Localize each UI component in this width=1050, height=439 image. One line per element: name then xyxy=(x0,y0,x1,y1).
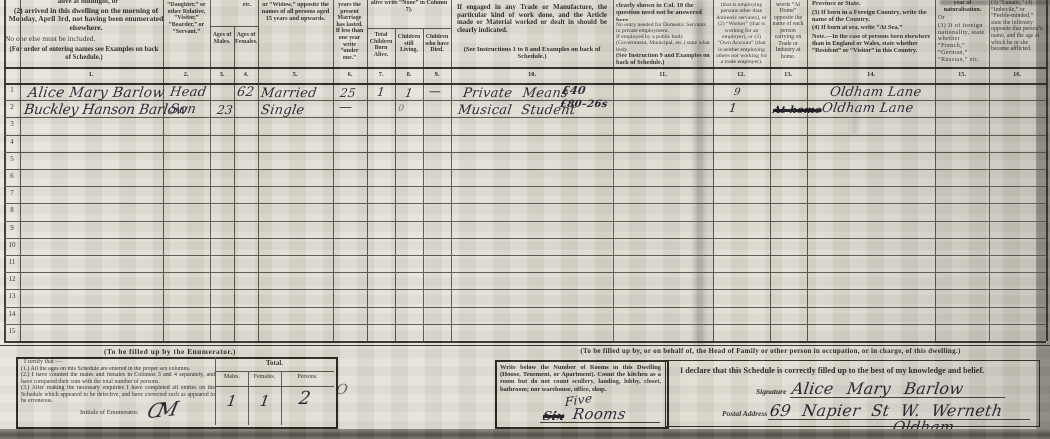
column-number: 1. xyxy=(79,71,103,80)
header-col9-children-died: Children who have Died. xyxy=(424,34,450,64)
row-number: 8 xyxy=(4,207,20,217)
header-col15-nationality-b: Or xyxy=(938,15,952,23)
entry-relation: Son xyxy=(169,102,197,117)
totals-males-label: Males. xyxy=(216,374,248,382)
column-number: 15. xyxy=(950,71,974,80)
column-number: 12. xyxy=(729,71,753,80)
row-number: 2 xyxy=(4,104,20,114)
enumerator-item-2: (2.) I have counted the males and female… xyxy=(21,372,215,386)
row-number: 9 xyxy=(4,225,20,235)
grid-line xyxy=(4,152,1046,153)
header-col6-marriage-years: years the present Marriage has lasted. I… xyxy=(334,2,365,64)
entry-age-female: 62 xyxy=(236,85,255,100)
entry-at-home-struck: At home xyxy=(772,105,822,116)
declaration-statement: I declare that this Schedule is correctl… xyxy=(680,366,1035,377)
column-number: 7. xyxy=(369,71,393,80)
header-instructions-no-one-else: No one else must be included. xyxy=(5,35,145,44)
header-fragment-etc: etc. xyxy=(238,2,256,10)
entry-years-married: 25 xyxy=(339,86,357,100)
header-col2-relationship: “Daughter,” or other Relative, “Visitor,… xyxy=(164,2,209,44)
postal-address-value-2: Oldham xyxy=(892,418,956,436)
stray-mark: O xyxy=(335,382,349,398)
grid-line xyxy=(395,28,396,341)
column-number: 16. xyxy=(1005,71,1029,80)
entry-marital: Married xyxy=(260,86,318,101)
column-number: 9. xyxy=(425,71,449,80)
entry-name: Alice Mary Barlow xyxy=(27,85,166,101)
header-instructions-order-of-names: (For order of entering names see Example… xyxy=(8,46,160,61)
signature-value: Alice Mary Barlow xyxy=(791,379,965,398)
grid-line xyxy=(4,238,1046,239)
entry-children-born: 1 xyxy=(376,85,386,99)
header-col11-industry-b: No entry needed for Domestic Servants in… xyxy=(616,22,710,34)
entry-children-living: 1 xyxy=(404,86,414,100)
row-number: 10 xyxy=(4,242,20,252)
enumerator-section-title: (To be filled up by the Enumerator.) xyxy=(40,348,300,357)
postal-address-value: 69 Napier St W. Werneth xyxy=(769,401,1004,420)
entry-children-mark: 0 xyxy=(397,104,404,114)
grid-line xyxy=(4,169,1046,170)
entry-occupation: Private Means xyxy=(462,86,569,101)
header-col11-industry-a: clearly shown in Col. 10 the question ne… xyxy=(616,2,710,21)
row-number: 14 xyxy=(4,311,20,321)
header-col12-employment-status: (that is employing persons other than do… xyxy=(715,2,768,66)
totals-persons-label: Persons. xyxy=(281,374,334,382)
grid-line xyxy=(1046,0,1048,341)
header-col14-birthplace-note: Note.—In the case of persons born elsewh… xyxy=(812,34,932,64)
grid-line xyxy=(4,203,1046,204)
header-col4-ages-females: Ages of Females. xyxy=(235,32,257,66)
grid-line xyxy=(4,272,1046,273)
row-number: 11 xyxy=(4,259,20,269)
column-number: 3. xyxy=(210,71,234,80)
header-col14-birthplace-c: (4) If born at sea, write “At Sea.” xyxy=(812,24,932,32)
grid-line xyxy=(4,307,1046,308)
totals-divider xyxy=(215,371,334,372)
grid-line xyxy=(4,221,1046,222)
grid-line xyxy=(423,28,424,341)
entry-occupation: Musical Student xyxy=(457,103,577,118)
entry-occupation-code: £40 xyxy=(561,84,587,97)
grid-line xyxy=(210,26,258,27)
enumerator-certify-intro: I certify that :— xyxy=(24,359,144,366)
row-number: 6 xyxy=(4,173,20,183)
entry-children-died: — xyxy=(428,84,442,98)
rooms-value-suffix: Rooms xyxy=(572,405,627,423)
column-number: 2. xyxy=(174,71,198,80)
grid-line xyxy=(4,341,1046,343)
row-number: 3 xyxy=(4,121,20,131)
entry-age-male: 23 xyxy=(216,103,234,117)
entry-birthplace: Oldham Lane xyxy=(829,85,923,100)
header-col15-nationality-c: (3) If of foreign nationality, state whe… xyxy=(938,23,987,65)
rooms-value-struck: Six xyxy=(542,409,565,423)
grid-line xyxy=(4,289,1046,290)
divider-line xyxy=(0,345,1050,346)
header-col11-industry-d: (See Instruction 9 and Examples on back … xyxy=(616,53,710,66)
enumerator-item-3: (3.) After making the necessary enquirie… xyxy=(21,385,215,405)
column-number: 11. xyxy=(651,71,675,80)
declaration-section-title: (To be filled up by, or on behalf of, th… xyxy=(498,348,1043,357)
totals-females-label: Females. xyxy=(248,374,281,382)
header-col5-marital: or “Widow,” opposite the names of all pe… xyxy=(260,2,331,48)
row-number: 7 xyxy=(4,190,20,200)
totals-divider xyxy=(215,386,334,387)
entry-employment-mark: 1 xyxy=(728,101,738,115)
header-col8-children-living: Children still Living. xyxy=(396,34,422,64)
entry-occupation-code: £80–26s xyxy=(559,99,608,110)
header-col10-note: (See Instructions 1 to 8 and Examples on… xyxy=(461,46,603,60)
header-col14-birthplace-a: Province or State. xyxy=(812,0,892,8)
column-number: 10. xyxy=(520,71,544,80)
grid-line xyxy=(4,135,1046,136)
column-number: 8. xyxy=(397,71,421,80)
header-instructions-arrived: (2) arrived in this dwelling on the morn… xyxy=(8,7,164,34)
header-col7-children-born: Total Children Born Alive. xyxy=(368,32,394,66)
row-number: 4 xyxy=(4,139,20,149)
grid-line xyxy=(4,324,1046,325)
column-number: 4. xyxy=(234,71,258,80)
header-col11-industry-c: If employed by a public body (Government… xyxy=(616,34,710,52)
header-fragment-top-left: alive at midnight, or xyxy=(18,0,158,5)
grid-line xyxy=(4,255,1046,256)
grid-line xyxy=(4,186,1046,187)
header-col16-infirmity: (3) “Lunatic,” (4) “Imbecile,” or “Feebl… xyxy=(991,0,1044,66)
header-col15-nationality-a: year of naturalisation. xyxy=(938,0,987,14)
row-number: 15 xyxy=(4,328,20,338)
header-col10-occupation: If engaged in any Trade or Manufacture, … xyxy=(457,4,607,42)
rooms-underline xyxy=(540,422,660,423)
grid-line xyxy=(4,67,1046,69)
signature-underline xyxy=(790,397,1005,398)
header-col3-ages-males: Ages of Males. xyxy=(211,32,233,66)
header-col789-fragment: alive write “None” in Column 7). xyxy=(368,0,450,14)
entry-years-married: — xyxy=(338,100,353,115)
row-number: 5 xyxy=(4,156,20,166)
header-col14-birthplace-b: (3) If born in a Foreign Country, write … xyxy=(812,9,932,23)
row-number: 1 xyxy=(4,87,20,97)
entry-relation: Head xyxy=(169,85,207,100)
row-number: 13 xyxy=(4,293,20,303)
entry-employment-mark: 9 xyxy=(733,87,741,98)
row-number: 12 xyxy=(4,276,20,286)
column-number: 5. xyxy=(283,71,307,80)
column-number: 13. xyxy=(776,71,800,80)
entry-name: Buckley Hanson Barlow xyxy=(23,102,189,118)
totals-header: Total. xyxy=(215,360,334,369)
column-number: 6. xyxy=(338,71,362,80)
column-number: 14. xyxy=(859,71,883,80)
entry-birthplace: Oldham Lane xyxy=(821,101,915,116)
census-schedule-scan: alive at midnight, or (2) arrived in thi… xyxy=(0,0,1050,439)
entry-marital: Single xyxy=(260,103,306,118)
grid-line xyxy=(367,28,451,29)
header-col13-at-home: words “At Home” opposite the name of eac… xyxy=(771,2,805,64)
